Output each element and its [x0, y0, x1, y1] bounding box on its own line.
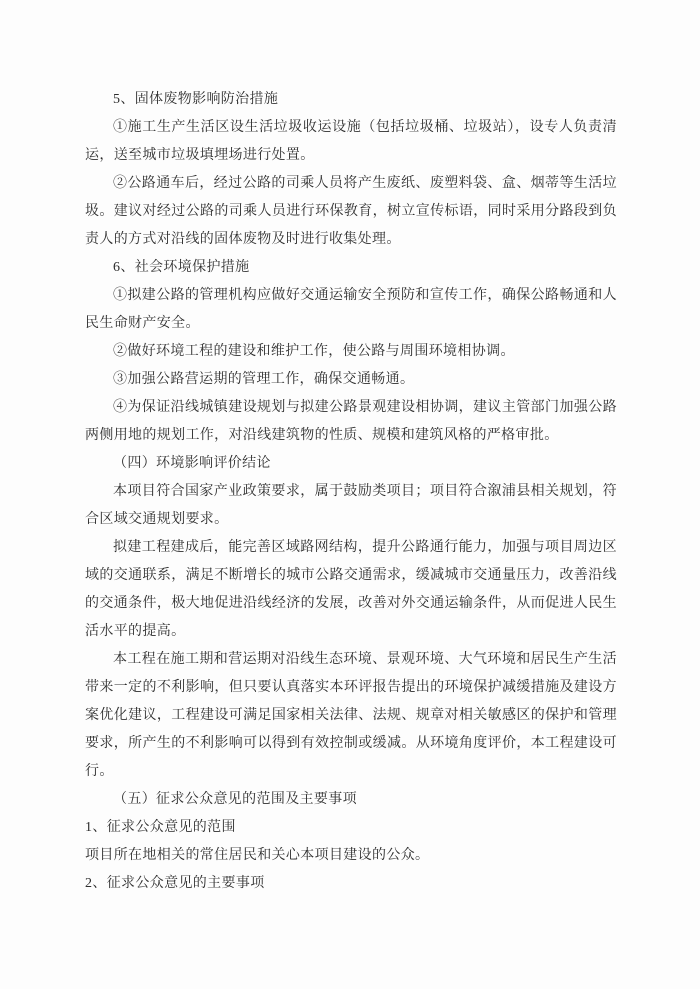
paragraph-impact-mitigation: 本工程在施工期和营运期对沿线生态环境、景观环境、大气环境和居民生产生活带来一定的…: [85, 646, 617, 786]
paragraph-traffic-safety: ①拟建公路的管理机构应做好交通运输安全预防和宣传工作，确保公路畅通和人民生命财产…: [85, 282, 617, 338]
paragraph-policy-compliance: 本项目符合国家产业政策要求，属于鼓励类项目；项目符合溆浦县相关规划，符合区域交通…: [85, 478, 617, 534]
heading-solid-waste-measures: 5、固体废物影响防治措施: [85, 86, 617, 114]
paragraph-planning-coordination: ④为保证沿线城镇建设规划与拟建公路景观建设相协调，建议主管部门加强公路两侧用地的…: [85, 394, 617, 450]
subheading-opinion-main-items: 2、征求公众意见的主要事项: [85, 870, 617, 898]
paragraph-opinion-scope-content: 项目所在地相关的常住居民和关心本项目建设的公众。: [85, 842, 617, 870]
paragraph-road-open-waste: ②公路通车后，经过公路的司乘人员将产生废纸、废塑料袋、盒、烟蒂等生活垃圾。建议对…: [85, 170, 617, 254]
heading-social-env-measures: 6、社会环境保护措施: [85, 254, 617, 282]
heading-public-opinion-scope: （五）征求公众意见的范围及主要事项: [85, 786, 617, 814]
paragraph-operation-management: ③加强公路营运期的管理工作，确保交通畅通。: [85, 366, 617, 394]
heading-eia-conclusion: （四）环境影响评价结论: [85, 450, 617, 478]
subheading-opinion-scope: 1、征求公众意见的范围: [85, 814, 617, 842]
paragraph-project-benefits: 拟建工程建成后，能完善区域路网结构，提升公路通行能力，加强与项目周边区域的交通联…: [85, 534, 617, 646]
paragraph-construction-waste: ①施工生产生活区设生活垃圾收运设施（包括垃圾桶、垃圾站），设专人负责清运，送至城…: [85, 114, 617, 170]
document-text-block: 5、固体废物影响防治措施 ①施工生产生活区设生活垃圾收运设施（包括垃圾桶、垃圾站…: [85, 86, 617, 898]
paragraph-env-engineering: ②做好环境工程的建设和维护工作，使公路与周围环境相协调。: [85, 338, 617, 366]
document-page: 5、固体废物影响防治措施 ①施工生产生活区设生活垃圾收运设施（包括垃圾桶、垃圾站…: [0, 0, 700, 989]
